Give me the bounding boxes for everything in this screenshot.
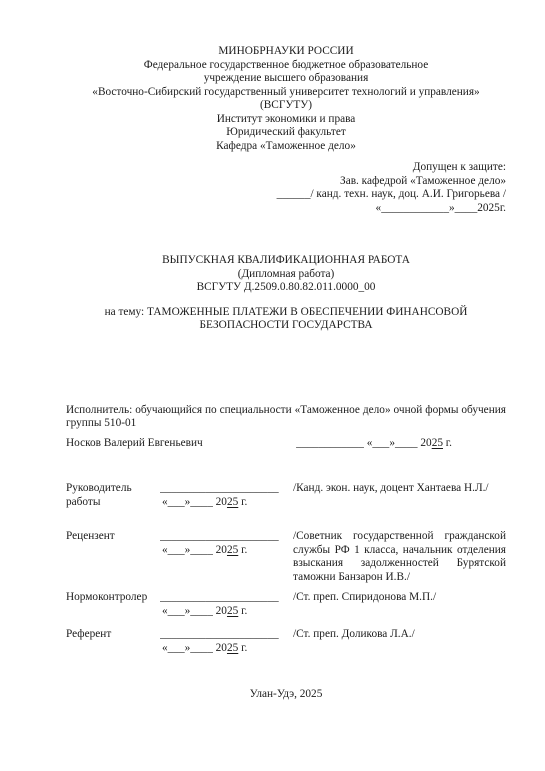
date-field: «___»____ 2025 г. bbox=[160, 605, 247, 617]
date-field: «___»____ 2025 г. bbox=[160, 642, 247, 654]
date-prefix: «___»____ 20 bbox=[162, 642, 227, 654]
date-year: 25 bbox=[227, 605, 238, 617]
thesis-code: ВСГУТУ Д.2509.0.80.82.011.0000_00 bbox=[66, 281, 506, 295]
signature-line: _____________________ bbox=[160, 628, 283, 642]
header-line-institution-1: Федеральное государственное бюджетное об… bbox=[66, 59, 506, 73]
date-suffix: г. bbox=[238, 496, 247, 508]
header-line-institute: Институт экономики и права bbox=[66, 113, 506, 127]
date-prefix: «___»____ 20 bbox=[162, 544, 227, 556]
signature-cell: _____________________ «___»____ 2025 г. bbox=[160, 591, 293, 618]
approval-date-line: «____________»____2025г. bbox=[66, 202, 506, 216]
approval-signature-line: ______/ канд. техн. наук, доц. А.И. Григ… bbox=[66, 188, 506, 202]
signer-row-norm-controller: Нормоконтролер _____________________ «__… bbox=[66, 591, 506, 618]
header-line-faculty: Юридический факультет bbox=[66, 126, 506, 140]
footer-city-year: Улан-Удэ, 2025 bbox=[66, 688, 506, 702]
approval-admitted-line: Допущен к защите: bbox=[66, 161, 506, 175]
signer-name: /Ст. преп. Спиридонова М.П./ bbox=[293, 591, 506, 618]
document-page: МИНОБРНАУКИ РОССИИ Федеральное государст… bbox=[0, 0, 545, 771]
signature-line: _____________________ bbox=[160, 591, 283, 605]
signer-name: /Ст. преп. Доликова Л.А./ bbox=[293, 628, 506, 655]
signer-row-referent: Референт _____________________ «___»____… bbox=[66, 628, 506, 655]
executor-name: Носков Валерий Евгеньевич bbox=[66, 437, 203, 451]
date-year: 25 bbox=[227, 544, 238, 556]
thesis-title: ВЫПУСКНАЯ КВАЛИФИКАЦИОННАЯ РАБОТА bbox=[66, 254, 506, 268]
date-field: «___»____ 2025 г. bbox=[367, 437, 452, 449]
header-line-department: Кафедра «Таможенное дело» bbox=[66, 140, 506, 154]
date-prefix: «___»____ 20 bbox=[162, 605, 227, 617]
signature-line: _____________________ bbox=[160, 530, 283, 544]
thesis-title-block: ВЫПУСКНАЯ КВАЛИФИКАЦИОННАЯ РАБОТА (Дипло… bbox=[66, 254, 506, 295]
date-year: 25 bbox=[432, 437, 443, 449]
approval-block: Допущен к защите: Зав. кафедрой «Таможен… bbox=[66, 161, 506, 215]
executor-signature-area: ____________ «___»____ 2025 г. bbox=[296, 437, 452, 451]
date-suffix: г. bbox=[238, 605, 247, 617]
signer-role: Референт bbox=[66, 628, 160, 655]
header-line-institution-2: учреждение высшего образования bbox=[66, 72, 506, 86]
date-prefix: «___»____ 20 bbox=[162, 496, 227, 508]
date-field: «___»____ 2025 г. bbox=[160, 496, 247, 508]
date-field: «___»____ 2025 г. bbox=[160, 544, 247, 556]
date-suffix: г. bbox=[238, 544, 247, 556]
thesis-subtitle: (Дипломная работа) bbox=[66, 268, 506, 282]
date-year: 25 bbox=[227, 496, 238, 508]
signer-role: Руководитель работы bbox=[66, 482, 160, 509]
date-prefix: «___»____ 20 bbox=[367, 437, 432, 449]
signature-line: _____________________ bbox=[160, 482, 283, 496]
executor-paragraph: Исполнитель: обучающийся по специальност… bbox=[66, 404, 506, 431]
executor-signature-line: ____________ bbox=[296, 437, 364, 449]
signer-row-supervisor: Руководитель работы ____________________… bbox=[66, 482, 506, 509]
signature-cell: _____________________ «___»____ 2025 г. bbox=[160, 530, 293, 584]
executor-signature-row: Носков Валерий Евгеньевич ____________ «… bbox=[66, 437, 506, 451]
signer-name: /Канд. экон. наук, доцент Хантаева Н.Л./ bbox=[293, 482, 506, 509]
approval-head-line: Зав. кафедрой «Таможенное дело» bbox=[66, 175, 506, 189]
thesis-theme: на тему: ТАМОЖЕННЫЕ ПЛАТЕЖИ В ОБЕСПЕЧЕНИ… bbox=[70, 306, 502, 333]
header-line-university: «Восточно-Сибирский государственный унив… bbox=[66, 86, 506, 100]
signer-role: Нормоконтролер bbox=[66, 591, 160, 618]
date-suffix: г. bbox=[443, 437, 452, 449]
date-year: 25 bbox=[227, 642, 238, 654]
signature-cell: _____________________ «___»____ 2025 г. bbox=[160, 482, 293, 509]
header-line-abbrev: (ВСГУТУ) bbox=[66, 99, 506, 113]
signer-role: Рецензент bbox=[66, 530, 160, 584]
signer-row-reviewer: Рецензент _____________________ «___»___… bbox=[66, 530, 506, 584]
header-line-ministry: МИНОБРНАУКИ РОССИИ bbox=[66, 45, 506, 59]
signer-name: /Советник государственной гражданской сл… bbox=[293, 530, 506, 584]
signature-cell: _____________________ «___»____ 2025 г. bbox=[160, 628, 293, 655]
university-header: МИНОБРНАУКИ РОССИИ Федеральное государст… bbox=[66, 45, 506, 153]
date-suffix: г. bbox=[238, 642, 247, 654]
